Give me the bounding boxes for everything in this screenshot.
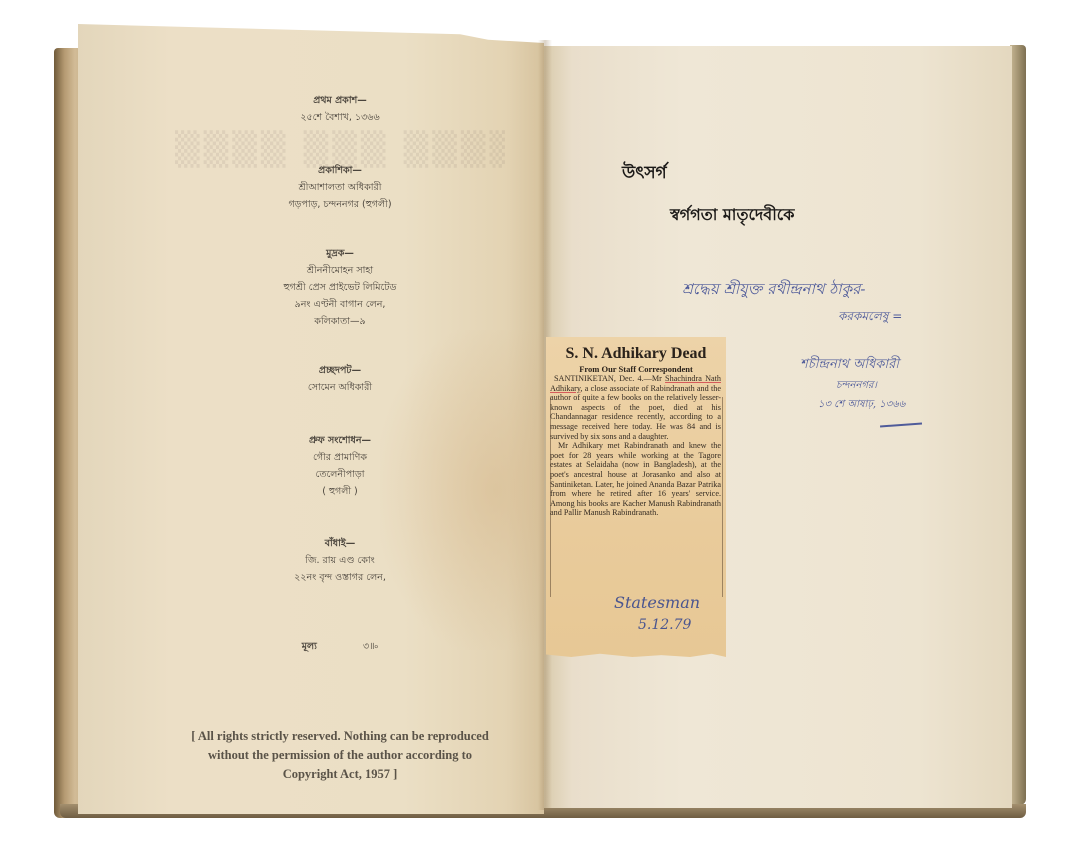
imprint-label: বাঁধাই— (150, 535, 530, 552)
imprint-line: শ্রীআশালতা অধিকারী (150, 179, 530, 196)
imprint-line: তেলেনীপাড়া (150, 466, 530, 483)
dedication-line: স্বর্গগতা মাতৃদেবীকে (670, 202, 794, 229)
imprint-printer: মুদ্রক— শ্রীননীমোহন সাহা হুগশ্রী প্রেস প… (150, 245, 530, 330)
imprint-publisher: প্রকাশিকা— শ্রীআশালতা অধিকারী গড়পাড়, চ… (150, 162, 530, 213)
price-label: মূল্য (302, 641, 317, 652)
imprint-line: সোমেন অধিকারী (150, 379, 530, 396)
imprint-line: ২৫শে বৈশাখ, ১৩৬৬ (150, 109, 530, 126)
copyright-line: Copyright Act, 1957 ] (150, 765, 530, 784)
imprint-proofreading: প্রুফ সংশোধন— গৌর প্রামাণিক তেলেনীপাড়া … (150, 432, 530, 500)
copyright-line: [ All rights strictly reserved. Nothing … (150, 727, 530, 746)
handwritten-place: চন্দননগর। (836, 378, 877, 395)
imprint-line: কলিকাতা—৯ (150, 313, 530, 330)
imprint-label: প্রথম প্রকাশ— (150, 92, 530, 109)
imprint-line: ২২নং বৃন্দ ওস্তাগর লেন, (150, 569, 530, 586)
imprint-label: মুদ্রক— (150, 245, 530, 262)
imprint-line: ( হুগলী ) (150, 483, 530, 500)
copyright-notice: [ All rights strictly reserved. Nothing … (150, 727, 530, 784)
copyright-line: without the permission of the author acc… (150, 746, 530, 765)
dedication-title: উৎসর্গ (622, 160, 667, 188)
handwritten-date: ১৩ শে আষাঢ়, ১৩৬৬ (818, 397, 905, 414)
book-cover-right-edge (1010, 45, 1026, 805)
handwritten-source: Statesman (614, 593, 700, 612)
open-book: ▒▒▒▒ ▒▒▒ ▒▒▒▒▒▒▒▒ প্রথম প্রকাশ— ২৫শে বৈশ… (0, 0, 1080, 848)
price-value: ৩॥৹ (363, 641, 378, 652)
imprint-line: জি. রায় এণ্ড কোং (150, 552, 530, 569)
imprint-label: প্রকাশিকা— (150, 162, 530, 179)
imprint-line: ৯নং এণ্টনী বাগান লেন, (150, 296, 530, 313)
price: মূল্য ৩॥৹ (150, 638, 530, 655)
imprint-binding: বাঁধাই— জি. রায় এণ্ড কোং ২২নং বৃন্দ ওস্… (150, 535, 530, 586)
handwritten-inscription-line2: করকমলেষু = (838, 308, 902, 328)
newspaper-clipping: S. N. Adhikary Dead From Our Staff Corre… (546, 337, 726, 657)
handwritten-inscription-line1: শ্রদ্ধেয় শ্রীযুক্ত রথীন্দ্রনাথ ঠাকুর- (682, 278, 865, 303)
clipping-dateline: SANTINIKETAN, Dec. 4.—Mr (554, 374, 662, 383)
handwritten-signature: শচীন্দ্রনাথ অধিকারী (800, 355, 899, 376)
handwritten-clip-date: 5.12.79 (638, 617, 691, 633)
clipping-body: SANTINIKETAN, Dec. 4.—Mr Shachindra Nath… (546, 374, 726, 518)
imprint-label: প্রচ্ছদপট— (150, 362, 530, 379)
clipping-column-rule (722, 397, 723, 597)
imprint-line: গৌর প্রামাণিক (150, 449, 530, 466)
clipping-headline: S. N. Adhikary Dead (546, 345, 726, 363)
clipping-paragraph: Mr Adhikary met Rabindranath and knew th… (550, 441, 721, 518)
imprint-label: প্রুফ সংশোধন— (150, 432, 530, 449)
imprint-line: শ্রীননীমোহন সাহা (150, 262, 530, 279)
clipping-byline: From Our Staff Correspondent (546, 364, 726, 374)
imprint-cover-art: প্রচ্ছদপট— সোমেন অধিকারী (150, 362, 530, 396)
imprint-first-edition: প্রথম প্রকাশ— ২৫শে বৈশাখ, ১৩৬৬ (150, 92, 530, 126)
imprint-line: গড়পাড়, চন্দননগর (হুগলী) (150, 196, 530, 213)
imprint-line: হুগশ্রী প্রেস প্রাইভেট লিমিটেড (150, 279, 530, 296)
clipping-column-rule (550, 397, 551, 597)
clipping-paragraph: SANTINIKETAN, Dec. 4.—Mr Shachindra Nath… (550, 374, 721, 441)
